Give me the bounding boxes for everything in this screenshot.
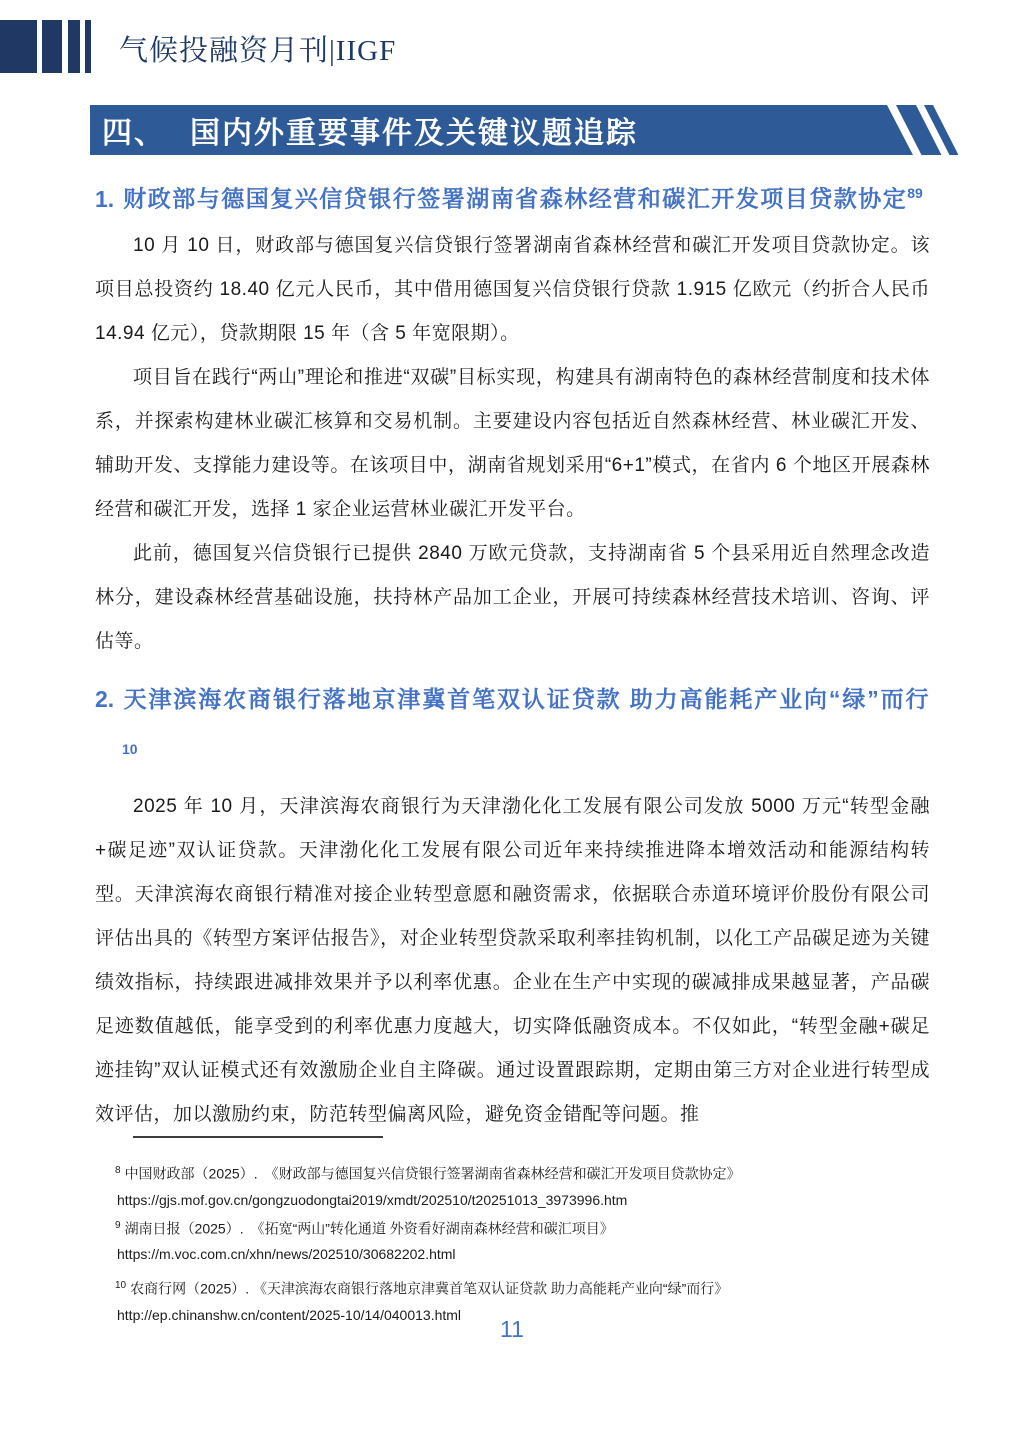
section-banner: 四、 国内外重要事件及关键议题追踪 [90,105,1000,155]
footnote-9-marker: 9 [115,1220,121,1231]
logo-bar [85,20,91,73]
main-content: 1.财政部与德国复兴信贷银行签署湖南省森林经营和碳汇开发项目贷款协定89 10 … [95,164,930,1134]
footnote-9-url[interactable]: https://m.voc.com.cn/xhn/news/202510/306… [117,1241,930,1267]
paragraph: 2025 年 10 月，天津滨海农商银行为天津渤化化工发展有限公司发放 5000… [95,785,930,1134]
footnote-8: 8中国财政部（2025）. 《财政部与德国复兴信贷银行签署湖南省森林经营和碳汇开… [115,1158,930,1213]
item-1-number: 1. [95,186,114,212]
iigf-logo-bars-icon [0,20,91,73]
section-banner-title: 国内外重要事件及关键议题追踪 [190,108,638,152]
paragraph: 项目旨在践行“两山”理论和推进“双碳”目标实现，构建具有湖南特色的森林经营制度和… [95,356,930,532]
logo-bar [42,20,62,73]
footnote-separator [133,1136,383,1138]
footnote-9-text: 湖南日报（2025）. 《拓宽“两山”转化通道 外资看好湖南森林经营和碳汇项目》 [125,1220,614,1236]
paragraph: 10 月 10 日，财政部与德国复兴信贷银行签署湖南省森林经营和碳汇开发项目贷款… [95,224,930,356]
footnote-8-marker: 8 [115,1165,121,1176]
paragraph: 此前，德国复兴信贷银行已提供 2840 万欧元贷款，支持湖南省 5 个县采用近自… [95,532,930,664]
footnotes-section: 8中国财政部（2025）. 《财政部与德国复兴信贷银行签署湖南省森林经营和碳汇开… [95,1136,930,1328]
item-1-title: 财政部与德国复兴信贷银行签署湖南省森林经营和碳汇开发项目贷款协定 [123,186,907,212]
footnote-10-text: 农商行网（2025）. 《天津滨海农商银行落地京津冀首笔双认证贷款 助力高能耗产… [130,1281,728,1297]
footnote-10-marker: 10 [115,1280,126,1291]
item-2-heading: 2.天津滨海农商银行落地京津冀首笔双认证贷款 助力高能耗产业向“绿”而行10 [95,674,930,780]
footnote-8-text: 中国财政部（2025）. 《财政部与德国复兴信贷银行签署湖南省森林经营和碳汇开发… [125,1166,741,1182]
item-2-number: 2. [95,686,114,712]
footnote-9: 9湖南日报（2025）. 《拓宽“两山”转化通道 外资看好湖南森林经营和碳汇项目… [115,1213,930,1268]
section-banner-number: 四、 [102,108,166,152]
footnote-ref-10[interactable]: 10 [122,741,138,757]
item-1-heading: 1.财政部与德国复兴信贷银行签署湖南省森林经营和碳汇开发项目贷款协定89 [95,168,930,224]
footnote-ref-89[interactable]: 89 [907,185,923,201]
document-page: 气候投融资月刊|IIGF 四、 国内外重要事件及关键议题追踪 1.财政部与德国复… [0,0,1024,1447]
journal-title: 气候投融资月刊|IIGF [119,28,396,69]
logo-bar [68,20,80,73]
page-number: 11 [0,1316,1024,1343]
logo-bar [0,20,37,73]
section-banner-body: 四、 国内外重要事件及关键议题追踪 [90,105,913,155]
footnote-8-url[interactable]: https://gjs.mof.gov.cn/gongzuodongtai201… [117,1187,930,1213]
item-2-title: 天津滨海农商银行落地京津冀首笔双认证贷款 助力高能耗产业向“绿”而行 [123,686,930,712]
